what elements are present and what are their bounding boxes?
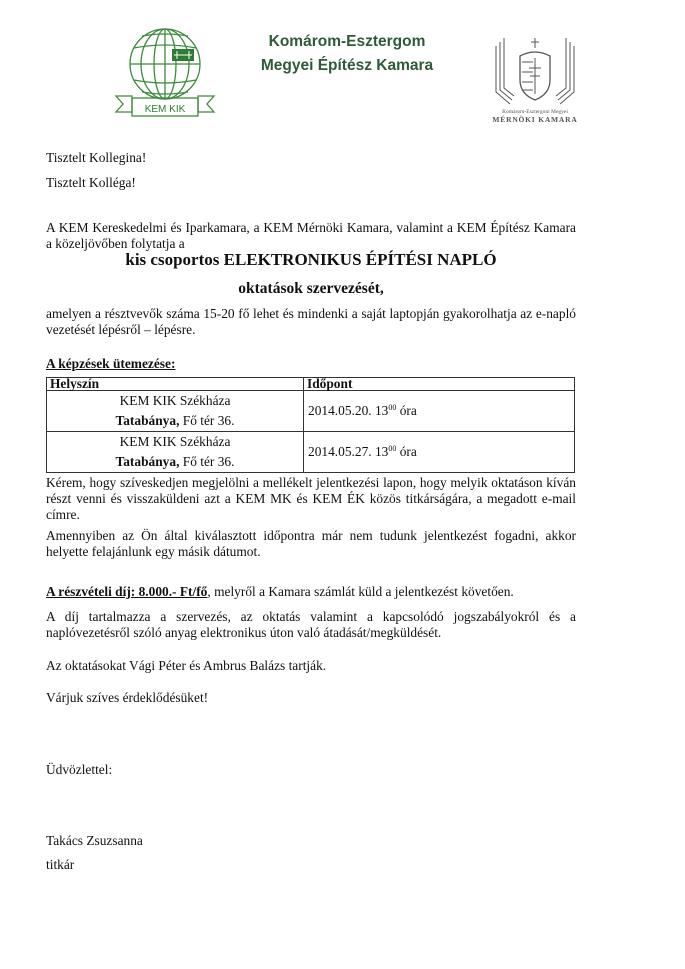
alternative-date-paragraph: Amennyiben az Ön által kiválasztott időp…	[46, 528, 576, 560]
venue-address: Tatabánya, Fő tér 36.	[47, 452, 303, 472]
participants-paragraph: amelyen a résztvevők száma 15-20 fő lehe…	[46, 306, 576, 338]
salutation-male: Tisztelt Kolléga!	[46, 175, 136, 191]
fee-paragraph: A részvételi díj: 8.000.- Ft/fő, melyről…	[46, 584, 514, 600]
time-suffix: óra	[396, 403, 416, 418]
time-cell: 2014.05.27. 1300 óra	[304, 432, 575, 473]
closing-wish: Várjuk szíves érdeklődésüket!	[46, 690, 208, 706]
time-cell: 2014.05.20. 1300 óra	[304, 391, 575, 432]
date-text: 2014.05.20. 13	[308, 403, 388, 418]
regards: Üdvözlettel:	[46, 762, 112, 778]
logo-banner-text: KEM KIK	[145, 104, 186, 115]
coat-of-arms-icon: Komárom-Esztergom Megyei MÉRNÖKI KAMARA	[486, 28, 584, 128]
column-header-time: Időpont	[304, 378, 575, 391]
schedule-title: A képzések ütemezése:	[46, 356, 175, 372]
headline-line1: kis csoportos ELEKTRONIKUS ÉPÍTÉSI NAPLÓ	[46, 250, 576, 270]
fee-label: A részvételi díj: 8.000.- Ft/fő	[46, 584, 207, 599]
signer-title: titkár	[46, 857, 74, 873]
venue-city: Tatabánya,	[116, 413, 180, 428]
salutation-female: Tisztelt Kollegina!	[46, 150, 146, 166]
globe-icon: KEM KIK	[112, 22, 218, 120]
request-paragraph: Kérem, hogy szíveskedjen megjelölni a me…	[46, 475, 576, 523]
organization-title: Komárom-Esztergom Megyei Építész Kamara	[222, 30, 472, 78]
venue-cell: KEM KIK Székháza Tatabánya, Fő tér 36.	[47, 391, 304, 432]
venue-city: Tatabánya,	[116, 454, 180, 469]
logo-caption-line2: MÉRNÖKI KAMARA	[492, 114, 577, 124]
venue-cell: KEM KIK Székháza Tatabánya, Fő tér 36.	[47, 432, 304, 473]
schedule-header-row: Helyszín Időpont	[47, 378, 575, 391]
venue-street: Fő tér 36.	[179, 454, 234, 469]
date-text: 2014.05.27. 13	[308, 444, 388, 459]
headline-line2: oktatások szervezését,	[46, 280, 576, 298]
column-header-venue: Helyszín	[47, 378, 304, 391]
venue-street: Fő tér 36.	[179, 413, 234, 428]
time-suffix: óra	[396, 444, 416, 459]
signer-name: Takács Zsuzsanna	[46, 833, 143, 849]
fee-includes-paragraph: A díj tartalmazza a szervezés, az oktatá…	[46, 609, 576, 641]
org-title-line2: Megyei Építész Kamara	[222, 54, 472, 78]
kem-kik-logo: KEM KIK	[112, 22, 218, 120]
fee-details: , melyről a Kamara számlát küld a jelent…	[207, 584, 513, 599]
table-row: KEM KIK Székháza Tatabánya, Fő tér 36. 2…	[47, 432, 575, 473]
intro-paragraph: A KEM Kereskedelmi és Iparkamara, a KEM …	[46, 220, 576, 252]
schedule-table: Helyszín Időpont KEM KIK Székháza Tatabá…	[46, 377, 575, 473]
venue-name: KEM KIK Székháza	[47, 391, 303, 411]
venue-name: KEM KIK Székháza	[47, 432, 303, 452]
org-title-line1: Komárom-Esztergom	[222, 30, 472, 54]
venue-address: Tatabánya, Fő tér 36.	[47, 411, 303, 431]
table-row: KEM KIK Székháza Tatabánya, Fő tér 36. 2…	[47, 391, 575, 432]
mernoki-kamara-logo: Komárom-Esztergom Megyei MÉRNÖKI KAMARA	[486, 28, 584, 128]
trainers-paragraph: Az oktatásokat Vági Péter és Ambrus Balá…	[46, 658, 326, 674]
